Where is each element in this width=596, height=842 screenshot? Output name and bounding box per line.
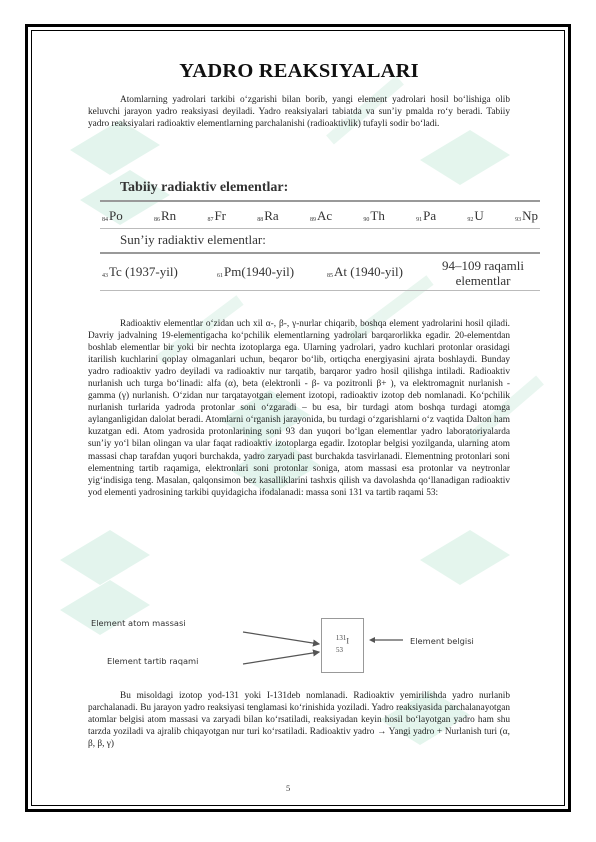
page-title: YADRO REAKSIYALARI: [88, 58, 510, 84]
number-label: Element tartib raqami: [107, 656, 198, 666]
artificial-elements-heading: Sun’iy radiaktiv elementlar:: [120, 232, 266, 248]
radioactivity-paragraph: Radioaktiv elementlar o‘zidan uch xil α-…: [88, 318, 510, 499]
mass-label: Element atom massasi: [91, 618, 186, 628]
element-cell: 43Tc (1937-yil): [102, 264, 178, 280]
element-cell: 91Pa: [416, 208, 436, 224]
natural-elements-row: 84Po 86Rn 87Fr 88Ra 89Ac 90Th 91Pa 92U 9…: [102, 208, 538, 224]
element-range-cell: 94–109 raqamli elementlar: [427, 258, 539, 288]
table-rule: [100, 228, 540, 229]
isotope-notation-diagram: Element atom massasi Element tartib raqa…: [85, 610, 525, 675]
element-cell: 89Ac: [310, 208, 332, 224]
arrows-icon: [235, 620, 325, 670]
radioactive-elements-table: Tabiiy radiaktiv elementlar: 84Po 86Rn 8…: [100, 180, 540, 290]
element-cell: 61Pm(1940-yil): [217, 264, 294, 280]
isotope-symbol-box: 131I 53: [321, 618, 364, 673]
arrow-left-icon: [369, 634, 405, 646]
element-cell: 93Np: [515, 208, 538, 224]
symbol-label: Element belgisi: [410, 636, 474, 646]
document-header: YADRO REAKSIYALARI Atomlarning yadrolari…: [88, 58, 510, 130]
natural-elements-heading: Tabiiy radiaktiv elementlar:: [120, 180, 288, 196]
element-cell: 88Ra: [257, 208, 278, 224]
element-cell: 86Rn: [154, 208, 176, 224]
table-rule: [100, 290, 540, 291]
table-rule: [100, 200, 540, 202]
element-cell: 92U: [467, 208, 483, 224]
main-text: Radioaktiv elementlar o‘zidan uch xil α-…: [88, 318, 510, 499]
element-cell: 90Th: [363, 208, 384, 224]
intro-paragraph: Atomlarning yadrolari tarkibi o‘zgarishi…: [88, 94, 510, 130]
element-cell: 84Po: [102, 208, 123, 224]
closing-text: Bu misoldagi izotop yod-131 yoki I-131de…: [88, 690, 510, 750]
element-cell: 87Fr: [207, 208, 226, 224]
iodine-paragraph: Bu misoldagi izotop yod-131 yoki I-131de…: [88, 690, 510, 750]
table-rule: [100, 252, 540, 254]
page-number: 5: [286, 783, 290, 793]
element-cell: 85At (1940-yil): [327, 264, 403, 280]
